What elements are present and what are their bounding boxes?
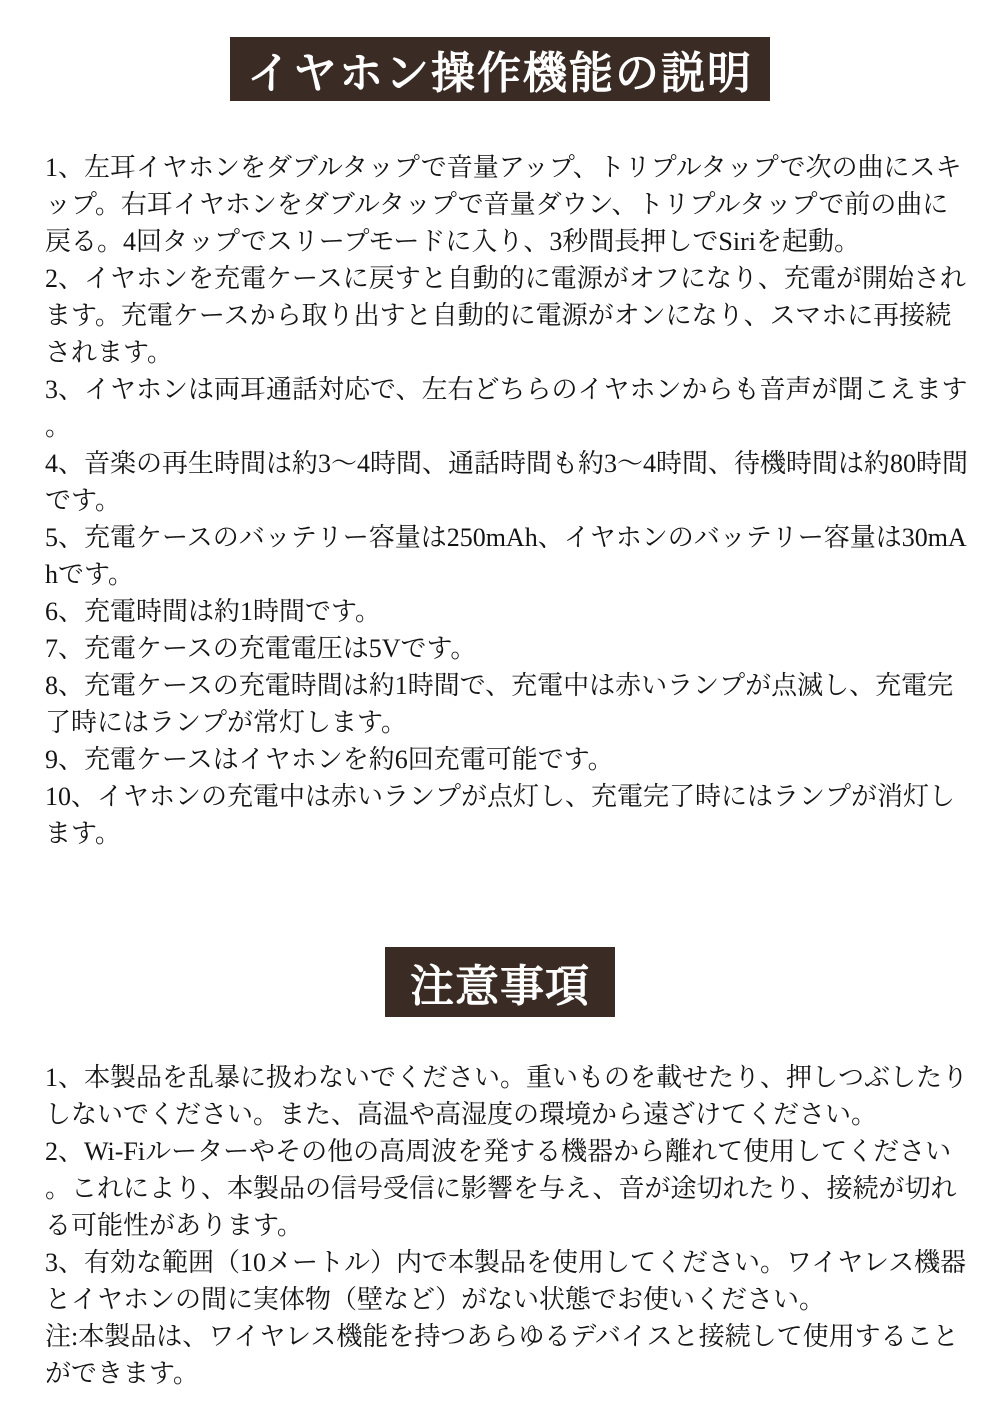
manual-item-2: 2、イヤホンを充電ケースに戻すと自動的に電源がオフになり、充電が開始されます。充… (45, 260, 972, 371)
manual-title: イヤホン操作機能の説明 (247, 37, 753, 101)
caution-item-2: 2、Wi-Fiルーターやその他の高周波を発する機器から離れて使用してください。こ… (45, 1133, 972, 1244)
manual-item-6: 6、充電時間は約1時間です。 (45, 593, 972, 630)
caution-item-3: 3、有効な範囲（10メートル）内で本製品を使用してください。ワイヤレス機器とイヤ… (45, 1244, 972, 1318)
manual-title-banner: イヤホン操作機能の説明 (230, 37, 770, 101)
manual-item-4: 4、音楽の再生時間は約3〜4時間、通話時間も約3〜4時間、待機時間は約80時間で… (45, 445, 972, 519)
manual-item-9: 9、充電ケースはイヤホンを約6回充電可能です。 (45, 741, 972, 778)
caution-list: 1、本製品を乱暴に扱わないでください。重いものを載せたり、押しつぶしたりしないで… (0, 1059, 1000, 1392)
manual-list: 1、左耳イヤホンをダブルタップで音量アップ、トリプルタップで次の曲にスキップ。右… (0, 149, 1000, 852)
manual-item-10: 10、イヤホンの充電中は赤いランプが点灯し、充電完了時にはランプが消灯します。 (45, 778, 972, 852)
caution-note: 注:本製品は、ワイヤレス機能を持つあらゆるデバイスと接続して使用することができま… (45, 1318, 972, 1392)
manual-item-5: 5、充電ケースのバッテリー容量は250mAh、イヤホンのバッテリー容量は30mA… (45, 519, 972, 593)
caution-title: 注意事項 (410, 950, 590, 1014)
page-root: { "page": { "background_color": "#ffffff… (0, 0, 1000, 1425)
manual-item-8: 8、充電ケースの充電時間は約1時間で、充電中は赤いランプが点滅し、充電完了時には… (45, 667, 972, 741)
caution-item-1: 1、本製品を乱暴に扱わないでください。重いものを載せたり、押しつぶしたりしないで… (45, 1059, 972, 1133)
manual-item-3: 3、イヤホンは両耳通話対応で、左右どちらのイヤホンからも音声が聞こえます。 (45, 371, 972, 445)
caution-title-banner: 注意事項 (385, 947, 615, 1017)
manual-item-7: 7、充電ケースの充電電圧は5Vです。 (45, 630, 972, 667)
manual-item-1: 1、左耳イヤホンをダブルタップで音量アップ、トリプルタップで次の曲にスキップ。右… (45, 149, 972, 260)
